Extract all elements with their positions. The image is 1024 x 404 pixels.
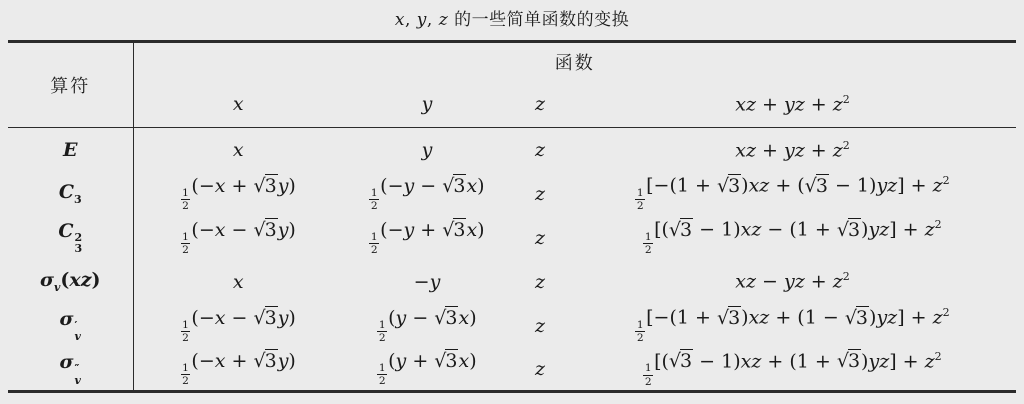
one-half-fraction: 12	[377, 319, 387, 344]
function-cell: z	[511, 260, 569, 304]
function-cell: 12(−y − √3x)	[343, 172, 511, 216]
function-cell: 12[(√3 − 1)xz + (1 + √3)yz] + z2	[569, 348, 1016, 392]
square-root: √3	[253, 175, 277, 197]
function-cell: z	[511, 216, 569, 260]
table-header: 算符 函数 x y z xz + yz + z2	[8, 42, 1016, 128]
one-half-fraction: 12	[635, 187, 645, 212]
one-half-fraction: 12	[377, 362, 387, 387]
column-header-y: y	[343, 82, 511, 128]
square-root: √3	[669, 350, 693, 372]
operator-cell: C23	[8, 216, 133, 260]
function-cell: 12(−x + √3y)	[133, 348, 343, 392]
one-half-fraction: 12	[635, 319, 645, 344]
square-root: √3	[253, 350, 277, 372]
function-cell: y	[343, 128, 511, 172]
function-cell: 12(−x − √3y)	[133, 216, 343, 260]
header-columns-row: x y z xz + yz + z2	[8, 82, 1016, 128]
column-header-x: x	[133, 82, 343, 128]
square-root: √3	[434, 350, 458, 372]
function-cell: 12[−(1 + √3)xz + (1 − √3)yz] + z2	[569, 304, 1016, 348]
square-root: √3	[434, 307, 458, 329]
operator-cell: σv(xz)	[8, 260, 133, 304]
square-root: √3	[253, 307, 277, 329]
function-cell: −y	[343, 260, 511, 304]
function-cell: 12(−x − √3y)	[133, 304, 343, 348]
one-half-fraction: 12	[369, 187, 379, 212]
table-body: Exyzxz + yz + z2C312(−x + √3y)12(−y − √3…	[8, 128, 1016, 392]
square-root: √3	[442, 175, 466, 197]
one-half-fraction: 12	[643, 231, 653, 256]
one-half-fraction: 12	[643, 362, 653, 387]
one-half-fraction: 12	[181, 187, 191, 212]
table-row: C2312(−x − √3y)12(−y + √3x)z12[(√3 − 1)x…	[8, 216, 1016, 260]
square-root: √3	[442, 219, 466, 241]
function-cell: 12(y − √3x)	[343, 304, 511, 348]
function-cell: z	[511, 172, 569, 216]
function-cell: xz − yz + z2	[569, 260, 1016, 304]
table-row: σ′v12(−x − √3y)12(y − √3x)z12[−(1 + √3)x…	[8, 304, 1016, 348]
square-root: √3	[669, 219, 693, 241]
function-cell: 12(−y + √3x)	[343, 216, 511, 260]
function-cell: xz + yz + z2	[569, 128, 1016, 172]
table-row: C312(−x + √3y)12(−y − √3x)z12[−(1 + √3)x…	[8, 172, 1016, 216]
header-group-row: 算符 函数	[8, 42, 1016, 82]
one-half-fraction: 12	[181, 231, 191, 256]
function-cell: 12[(√3 − 1)xz − (1 + √3)yz] + z2	[569, 216, 1016, 260]
operator-cell: E	[8, 128, 133, 172]
function-cell: z	[511, 348, 569, 392]
one-half-fraction: 12	[369, 231, 379, 256]
table-title: x, y, z 的一些简单函数的变换	[0, 0, 1024, 31]
transformation-table: 算符 函数 x y z xz + yz + z2 Exyzxz + yz + z…	[8, 40, 1016, 393]
function-cell: z	[511, 304, 569, 348]
function-cell: 12(y + √3x)	[343, 348, 511, 392]
operator-cell: σ″v	[8, 348, 133, 392]
table-row: σ″v12(−x + √3y)12(y + √3x)z12[(√3 − 1)xz…	[8, 348, 1016, 392]
one-half-fraction: 12	[181, 319, 191, 344]
square-root: √3	[837, 350, 861, 372]
square-root: √3	[253, 219, 277, 241]
column-header-xz-yz-z2: xz + yz + z2	[569, 82, 1016, 128]
function-group-header: 函数	[133, 42, 1016, 82]
operator-cell: σ′v	[8, 304, 133, 348]
column-header-z: z	[511, 82, 569, 128]
square-root: √3	[717, 175, 741, 197]
one-half-fraction: 12	[181, 362, 191, 387]
square-root: √3	[837, 219, 861, 241]
square-root: √3	[717, 307, 741, 329]
operator-column-header: 算符	[8, 42, 133, 128]
function-cell: 12[−(1 + √3)xz + (√3 − 1)yz] + z2	[569, 172, 1016, 216]
function-cell: 12(−x + √3y)	[133, 172, 343, 216]
function-cell: x	[133, 128, 343, 172]
table-row: σv(xz)x−yzxz − yz + z2	[8, 260, 1016, 304]
table-row: Exyzxz + yz + z2	[8, 128, 1016, 172]
function-cell: z	[511, 128, 569, 172]
square-root: √3	[845, 307, 869, 329]
function-cell: x	[133, 260, 343, 304]
operator-cell: C3	[8, 172, 133, 216]
square-root: √3	[805, 175, 829, 197]
